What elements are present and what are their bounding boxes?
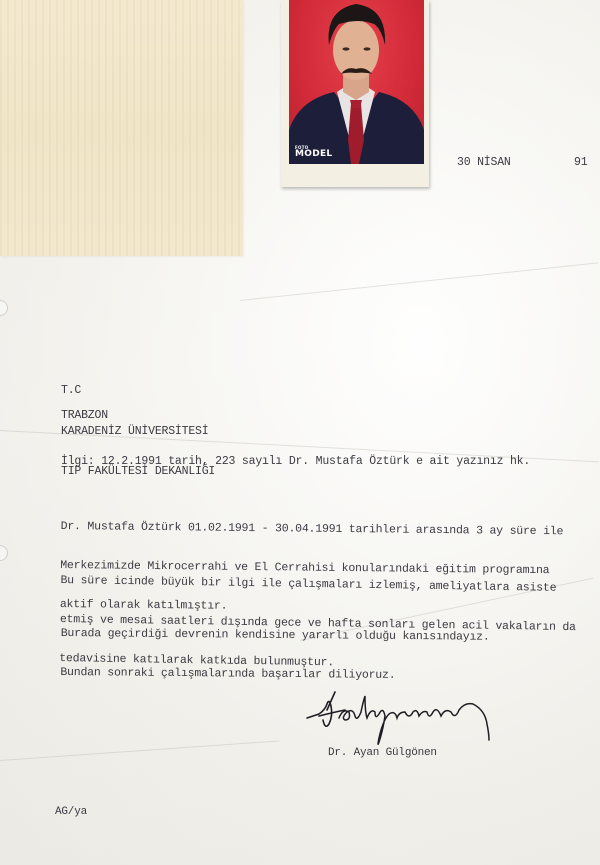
paper-crease bbox=[0, 740, 279, 761]
handwritten-signature-icon bbox=[305, 690, 495, 750]
recipient-line: T.C bbox=[61, 384, 215, 398]
letter-date: 30 NİSAN bbox=[457, 156, 511, 169]
signatory-name: Dr. Ayan Gülgönen bbox=[328, 747, 437, 760]
letter-year: 91 bbox=[574, 156, 587, 169]
photo-studio-logo: FOTO MODEL bbox=[295, 146, 332, 159]
recipient-city: TRABZON bbox=[61, 409, 108, 422]
recipient-line: KARADENİZ ÜNİVERSİTESİ bbox=[61, 425, 215, 439]
reference-line: İlgi: 12.2.1991 tarih, 223 sayılı Dr. Mu… bbox=[61, 455, 530, 468]
attached-tan-paper bbox=[0, 0, 243, 256]
portrait-photo: FOTO MODEL bbox=[289, 0, 424, 164]
recipient-block: T.C KARADENİZ ÜNİVERSİTESİ TIP FAKÜLTESİ… bbox=[61, 357, 215, 492]
paper-crease bbox=[240, 262, 598, 301]
typist-initials: AG/ya bbox=[55, 806, 87, 819]
portrait-figure-icon bbox=[289, 0, 424, 164]
id-photo-card: FOTO MODEL bbox=[281, 0, 429, 187]
body-paragraph: Burada geçirdiği devrenin kendisine yara… bbox=[60, 601, 490, 696]
